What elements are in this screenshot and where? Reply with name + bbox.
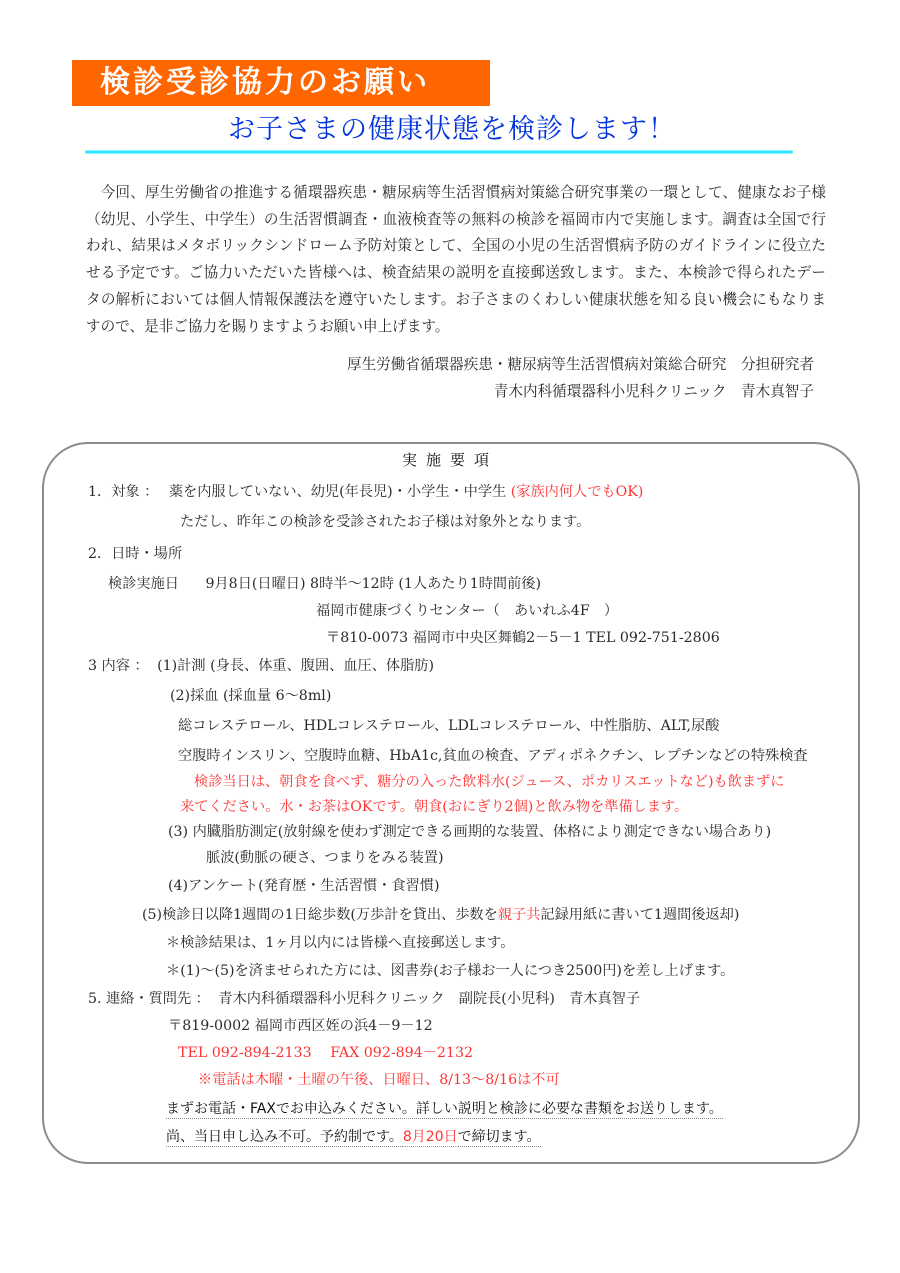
target-text: 薬を内服していない、幼児(年長児)・小学生・中学生 xyxy=(169,484,511,500)
apply-line-2: 尚、当日申し込み不可。予約制です。8月20日で締切ます。 xyxy=(166,1127,541,1147)
content-item-3: (3) 内臓脂肪測定(放射線を使わず測定できる画期的な装置、体格により測定できな… xyxy=(168,822,771,842)
content-item-4: (4)アンケート(発育歴・生活習慣・食習慣) xyxy=(168,876,440,896)
details-title: 実施要項 xyxy=(0,450,900,470)
content-item-5-a: (5)検診日以降1週間の1日総歩数(万歩計を貸出、歩数を xyxy=(142,907,498,923)
apply-instructions: まずお電話・FAXでお申込みください。詳しい説明と検診に必要な書類をお送りします… xyxy=(166,1101,723,1119)
page-subtitle: お子さまの健康状態を検診します！ xyxy=(228,113,676,147)
content-tests-b: 空腹時インスリン、空腹時血糖、HbA1c,貧血の検査、アディポネクチン、レプチン… xyxy=(178,746,808,766)
intro-section: 今回、厚生労働省の推進する循環器疾患・糖尿病等生活習慣病対策総合研究事業の一環と… xyxy=(86,180,826,340)
target-label: 1．対象 ： xyxy=(88,484,158,500)
content-item-5-b: 記録用紙に書いて1週間後返却) xyxy=(540,907,739,923)
schedule-venue: 福岡市健康づくりセンター（ あいれふ4F ） xyxy=(316,601,618,621)
content-item-5-red: 親子共 xyxy=(498,907,541,923)
schedule-date-row: 検診実施日 9月8日(日曜日) 8時半～12時 (1人あたり1時間前後) xyxy=(108,574,541,594)
signature-author: 青木内科循環器科小児科クリニック 青木真智子 xyxy=(494,380,814,401)
intro-paragraph: 今回、厚生労働省の推進する循環器疾患・糖尿病等生活習慣病対策総合研究事業の一環と… xyxy=(86,180,826,340)
apply-deadline: 8月20日 xyxy=(403,1129,458,1147)
contact-phone-note: ※電話は木曜・土曜の午後、日曜日、8/13～8/16は不可 xyxy=(198,1070,560,1090)
fasting-note-2: 来てください。水・お茶はOKです。朝食(おにぎり2個)と飲み物を準備します。 xyxy=(180,797,688,817)
contact-row: 5. 連絡・質問先 ： 青木内科循環器科小児科クリニック 副院長(小児科) 青木… xyxy=(88,989,640,1009)
content-row-1: 3 内容 ： (1)計測 (身長、体重、腹囲、血圧、体脂肪) xyxy=(88,656,434,676)
schedule-label: 2．日時・場所 xyxy=(88,544,182,564)
target-exclusion: ただし、昨年この検診を受診されたお子様は対象外となります。 xyxy=(180,512,590,532)
contact-address: 〒819-0002 福岡市西区姪の浜4－9－12 xyxy=(168,1016,433,1036)
content-item-3-sub: 脈波(動脈の硬さ、つまりをみる装置) xyxy=(206,848,444,868)
target-row: 1．対象 ： 薬を内服していない、幼児(年長児)・小学生・中学生 (家族内何人で… xyxy=(88,482,643,502)
apply-reservation: 尚、当日申し込み不可。予約制です。 xyxy=(166,1129,403,1147)
content-item-2: (2)採血 (採血量 6～8ml) xyxy=(170,686,331,706)
contact-label: 5. 連絡・質問先 ： xyxy=(88,991,210,1007)
schedule-date-value: 9月8日(日曜日) 8時半～12時 (1人あたり1時間前後) xyxy=(205,576,541,592)
result-note: ＊検診結果は、1ヶ月以内には皆様へ直接郵送します。 xyxy=(166,933,514,953)
contact-phone-fax[interactable]: TEL 092-894-2133 FAX 092-894－2132 xyxy=(178,1043,473,1063)
content-label: 3 内容 ： xyxy=(88,658,149,674)
schedule-date-label: 検診実施日 xyxy=(108,576,179,592)
signature-affiliation: 厚生労働省循環器疾患・糖尿病等生活習慣病対策総合研究 分担研究者 xyxy=(347,353,814,374)
apply-closing: で締切ます。 xyxy=(458,1129,541,1147)
header-divider xyxy=(85,150,793,154)
content-item-1: (1)計測 (身長、体重、腹囲、血圧、体脂肪) xyxy=(157,658,434,674)
content-tests-a: 総コレステロール、HDLコレステロール、LDLコレステロール、中性脂肪、ALT,… xyxy=(178,716,719,736)
reward-note: ＊(1)～(5)を済ませられた方には、図書券(お子様お一人につき2500円)を差… xyxy=(166,961,734,981)
apply-line-1: まずお電話・FAXでお申込みください。詳しい説明と検診に必要な書類をお送りします… xyxy=(166,1099,723,1119)
fasting-note-1: 検診当日は、朝食を食べず、糖分の入った飲料水(ジュース、ポカリスエットなど)も飲… xyxy=(194,772,785,792)
schedule-address: 〒810-0073 福岡市中央区舞鶴2－5－1 TEL 092-751-2806 xyxy=(326,628,720,648)
page-title: 検診受診協力のお願い xyxy=(100,63,430,103)
target-note: (家族内何人でもOK) xyxy=(511,484,644,500)
content-item-5: (5)検診日以降1週間の1日総歩数(万歩計を貸出、歩数を親子共記録用紙に書いて1… xyxy=(142,905,739,925)
contact-clinic: 青木内科循環器科小児科クリニック 副院長(小児科) 青木真智子 xyxy=(218,991,640,1007)
